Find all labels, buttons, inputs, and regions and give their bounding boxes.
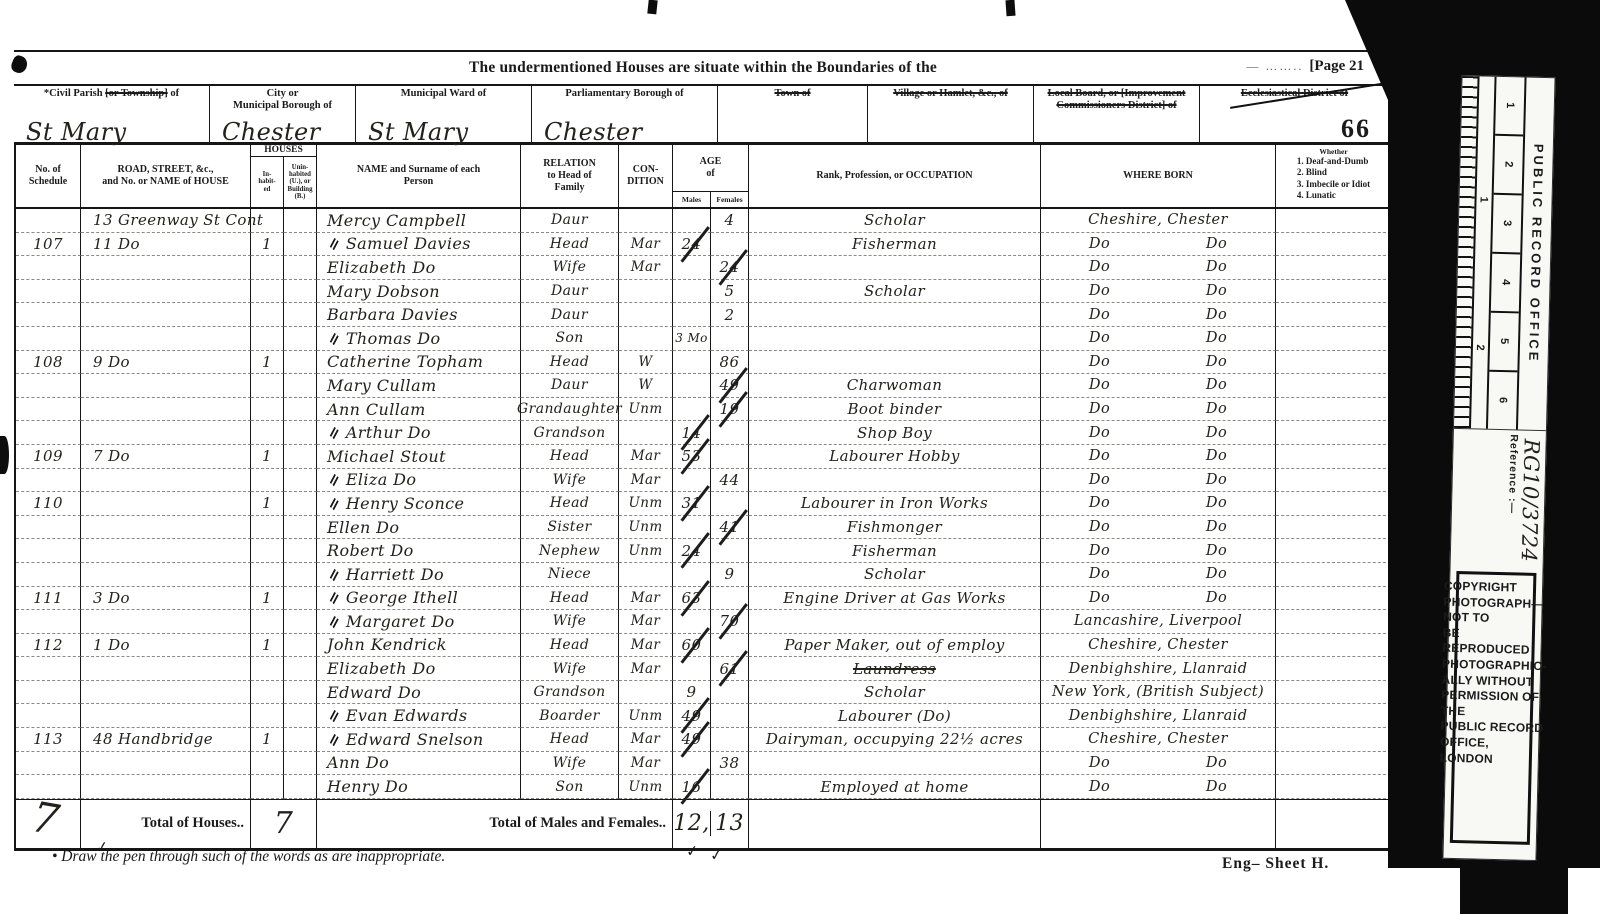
cell-condition: Mar — [619, 233, 673, 257]
cell-condition: Mar — [619, 469, 673, 493]
cell-schedule — [16, 303, 81, 327]
age-subheaders: Males Females — [673, 191, 748, 207]
cell-inhabited: 1 — [251, 445, 284, 469]
table-row: 11348 Handbridge1=Edward SnelsonHeadMar4… — [16, 728, 1390, 752]
person-name: Edward Do — [327, 683, 421, 702]
cell-relation: Nephew — [521, 539, 619, 563]
cell-schedule — [16, 704, 81, 728]
cell-disabilities — [1276, 752, 1391, 776]
cell-age-male: 53 — [673, 445, 711, 469]
where-born-ditto: DoDo — [1041, 259, 1275, 275]
cell-condition: Mar — [619, 657, 673, 681]
district-field-label: *Civil Parish [or Township] of — [17, 88, 206, 100]
district-field-value: St Mary — [368, 118, 468, 146]
cell-name: =Samuel Davies — [317, 233, 521, 257]
copyright-box: COPYRIGHT PHOTOGRAPH—NOT TO BE REPRODUCE… — [1450, 571, 1537, 845]
cell-disabilities — [1276, 539, 1391, 563]
cell-age-male: 3 Mo — [673, 327, 711, 351]
person-name: Eliza Do — [346, 470, 417, 489]
person-name: Michael Stout — [327, 447, 446, 466]
cell-road — [81, 256, 251, 280]
where-born-ditto: DoDo — [1041, 425, 1275, 441]
ditto-county: Do — [1089, 448, 1110, 464]
cell-name: John Kendrick — [317, 634, 521, 658]
person-name: Ann Cullam — [327, 400, 426, 419]
cell-occupation: Fisherman — [749, 539, 1041, 563]
cell-disabilities — [1276, 587, 1391, 611]
cell-occupation: Engine Driver at Gas Works — [749, 587, 1041, 611]
cell-where-born: DoDo — [1041, 752, 1276, 776]
reference-value: RG10/3724 — [1517, 438, 1544, 555]
cell-relation: Daur — [521, 303, 619, 327]
cell-relation: Grandaughter — [521, 398, 619, 422]
cell-uninhabited — [284, 327, 317, 351]
registration-mark — [1005, 0, 1015, 16]
cell-condition: Unm — [619, 539, 673, 563]
cell-age-female: 2 — [711, 303, 749, 327]
col-header-age: AGE of Males Females — [673, 145, 749, 207]
cell-disabilities — [1276, 351, 1391, 375]
cell-disabilities — [1276, 516, 1391, 540]
district-field-label-part: Town of — [774, 88, 810, 99]
cell-uninhabited — [284, 728, 317, 752]
cell-where-born: DoDo — [1041, 351, 1276, 375]
cell-age-male: 24 — [673, 233, 711, 257]
district-field-label: Municipal Ward of — [359, 88, 528, 100]
ditto-county: Do — [1089, 377, 1110, 393]
cell-inhabited — [251, 421, 284, 445]
cell-occupation: Scholar — [749, 280, 1041, 304]
cell-condition: Mar — [619, 752, 673, 776]
cell-uninhabited — [284, 374, 317, 398]
cell-condition — [619, 563, 673, 587]
cell-uninhabited — [284, 704, 317, 728]
cell-schedule — [16, 752, 81, 776]
cell-inhabited: 1 — [251, 233, 284, 257]
district-field-label: Parliamentary Borough of — [535, 88, 714, 100]
cell-name: =Edward Snelson — [317, 728, 521, 752]
table-row: =Margaret DoWifeMar70Lancashire, Liverpo… — [16, 610, 1390, 634]
cell-inhabited: 1 — [251, 492, 284, 516]
col-header-inhabited: In- habit- ed — [251, 157, 284, 207]
cell-road — [81, 469, 251, 493]
totals-empty-occupation — [749, 800, 1041, 848]
table-row: Elizabeth DoWifeMar24DoDo — [16, 256, 1390, 280]
ruler-inch-number: 2 — [1474, 344, 1486, 350]
cell-age-male — [673, 256, 711, 280]
cell-condition: Unm — [619, 775, 673, 799]
cell-relation: Grandson — [521, 681, 619, 705]
cell-disabilities — [1276, 775, 1391, 799]
cell-road — [81, 752, 251, 776]
ditto-town: Do — [1206, 590, 1227, 606]
cell-where-born: DoDo — [1041, 256, 1276, 280]
cell-occupation: Labourer (Do) — [749, 704, 1041, 728]
cell-age-male: 60 — [673, 634, 711, 658]
cell-disabilities — [1276, 421, 1391, 445]
person-name: Samuel Davies — [346, 234, 471, 253]
cell-name: Mary Dobson — [317, 280, 521, 304]
cell-age-female — [711, 704, 749, 728]
houses-title: HOUSES — [251, 145, 316, 157]
cell-schedule: 108 — [16, 351, 81, 375]
cell-age-male: 24 — [673, 539, 711, 563]
cell-inhabited — [251, 610, 284, 634]
cell-road — [81, 681, 251, 705]
cell-name: Ann Do — [317, 752, 521, 776]
cell-occupation: Charwoman — [749, 374, 1041, 398]
cell-uninhabited — [284, 516, 317, 540]
ditto-town: Do — [1206, 566, 1227, 582]
cell-schedule — [16, 327, 81, 351]
district-stamp: 66 — [1341, 114, 1371, 144]
cell-disabilities — [1276, 280, 1391, 304]
district-field: *Civil Parish [or Township] ofSt Mary — [14, 86, 210, 142]
pen-mark: = — [323, 562, 344, 587]
cell-schedule — [16, 209, 81, 233]
district-field: Parliamentary Borough ofChester — [532, 86, 718, 142]
ditto-town: Do — [1206, 448, 1227, 464]
cell-schedule — [16, 398, 81, 422]
cell-name: =Evan Edwards — [317, 704, 521, 728]
cell-name: Ann Cullam — [317, 398, 521, 422]
where-born-ditto: DoDo — [1041, 519, 1275, 535]
corner-scribble: 7 — [28, 792, 63, 845]
cell-occupation — [749, 752, 1041, 776]
cell-inhabited — [251, 657, 284, 681]
cell-uninhabited — [284, 657, 317, 681]
ditto-town: Do — [1206, 283, 1227, 299]
cell-disabilities — [1276, 445, 1391, 469]
cell-relation: Wife — [521, 752, 619, 776]
table-header: No. of Schedule ROAD, STREET, &c., and N… — [16, 145, 1390, 209]
cell-schedule — [16, 256, 81, 280]
check-mark: ✓ — [95, 837, 110, 858]
cell-relation: Daur — [521, 209, 619, 233]
district-field-value: Chester — [222, 118, 320, 146]
cell-schedule — [16, 280, 81, 304]
ditto-town: Do — [1206, 425, 1227, 441]
cell-age-male — [673, 374, 711, 398]
cell-condition — [619, 421, 673, 445]
cell-road — [81, 610, 251, 634]
ditto-county: Do — [1089, 472, 1110, 488]
cell-uninhabited — [284, 303, 317, 327]
table-row: 1089 Do1Catherine TophamHeadW86DoDo — [16, 351, 1390, 375]
cell-age-female: 9 — [711, 563, 749, 587]
cell-where-born: DoDo — [1041, 587, 1276, 611]
form-title-bar: The undermentioned Houses are situate wi… — [14, 50, 1392, 84]
cell-road — [81, 374, 251, 398]
district-field: Town of — [718, 86, 868, 142]
cell-name: Ellen Do — [317, 516, 521, 540]
table-row: 13 Greenway St ContMercy CampbellDaur4Sc… — [16, 209, 1390, 233]
cell-road: 11 Do — [81, 233, 251, 257]
person-name: Harriett Do — [346, 565, 444, 584]
cell-condition: Mar — [619, 610, 673, 634]
cell-uninhabited — [284, 610, 317, 634]
person-name: Mercy Campbell — [327, 211, 466, 230]
cell-age-male — [673, 303, 711, 327]
registration-mark — [647, 0, 657, 14]
cell-where-born: DoDo — [1041, 516, 1276, 540]
cell-age-male: 31 — [673, 492, 711, 516]
where-born-ditto: DoDo — [1041, 448, 1275, 464]
total-mf-label: Total of Males and Females.. — [317, 800, 673, 848]
ditto-county: Do — [1089, 236, 1110, 252]
cell-condition: W — [619, 351, 673, 375]
cell-inhabited — [251, 775, 284, 799]
table-row: Robert DoNephewUnm24FishermanDoDo — [16, 539, 1390, 563]
cell-road — [81, 539, 251, 563]
cell-occupation: Laundress — [749, 657, 1041, 681]
ruler-cm-segment: 3 — [1492, 195, 1521, 255]
cell-age-female — [711, 681, 749, 705]
ruler-cm-segment: 5 — [1489, 313, 1518, 373]
ditto-town: Do — [1206, 472, 1227, 488]
district-field-label: City or Municipal Borough of — [213, 88, 352, 112]
ditto-town: Do — [1206, 307, 1227, 323]
cell-inhabited: 1 — [251, 587, 284, 611]
cell-age-female — [711, 728, 749, 752]
cell-name: =Thomas Do — [317, 327, 521, 351]
ink-blot — [0, 436, 9, 474]
disabilities-list: 1. Deaf-and-Dumb 2. Blind 3. Imbecile or… — [1297, 156, 1370, 201]
cell-disabilities — [1276, 233, 1391, 257]
cell-condition — [619, 209, 673, 233]
table-row: 1101=Henry SconceHeadUnm31Labourer in Ir… — [16, 492, 1390, 516]
cell-where-born: DoDo — [1041, 280, 1276, 304]
where-born-ditto: DoDo — [1041, 566, 1275, 582]
pen-mark: = — [323, 491, 344, 516]
district-field: Ecclesiastical District of66 — [1200, 86, 1389, 142]
cell-condition: Mar — [619, 445, 673, 469]
cell-age-male: 63 — [673, 587, 711, 611]
cell-where-born: DoDo — [1041, 469, 1276, 493]
cell-road — [81, 704, 251, 728]
ditto-town: Do — [1206, 259, 1227, 275]
houses-subheaders: In- habit- ed Unin- habited (U.), or Bui… — [251, 157, 316, 207]
ditto-county: Do — [1089, 495, 1110, 511]
cell-uninhabited — [284, 634, 317, 658]
cell-relation: Daur — [521, 374, 619, 398]
cell-relation: Daur — [521, 280, 619, 304]
census-table: No. of Schedule ROAD, STREET, &c., and N… — [14, 145, 1392, 851]
district-field-label-part: Municipal Ward of — [401, 88, 487, 99]
district-field-label-part: Village or Hamlet, &c., of — [893, 88, 1008, 99]
cell-road — [81, 327, 251, 351]
ditto-town: Do — [1206, 495, 1227, 511]
cell-occupation: Fishmonger — [749, 516, 1041, 540]
ditto-town: Do — [1206, 401, 1227, 417]
cell-relation: Head — [521, 233, 619, 257]
cell-road: 1 Do — [81, 634, 251, 658]
cell-occupation: Shop Boy — [749, 421, 1041, 445]
cell-road — [81, 303, 251, 327]
col-header-road: ROAD, STREET, &c., and No. or NAME of HO… — [81, 145, 251, 207]
where-born-ditto: DoDo — [1041, 354, 1275, 370]
ruler-cm-number: 1 — [1504, 102, 1516, 108]
district-field-label-part: [or Township] — [105, 88, 168, 99]
cell-road — [81, 280, 251, 304]
cell-occupation: Boot binder — [749, 398, 1041, 422]
district-field-label-part: of — [168, 88, 179, 99]
cell-road — [81, 775, 251, 799]
cell-schedule — [16, 374, 81, 398]
check-mark: ✓ — [685, 841, 700, 862]
table-row: =Evan EdwardsBoarderUnm49Labourer (Do)De… — [16, 704, 1390, 728]
ditto-county: Do — [1089, 259, 1110, 275]
ditto-county: Do — [1089, 330, 1110, 346]
cell-condition — [619, 327, 673, 351]
district-field: City or Municipal Borough ofChester — [210, 86, 356, 142]
person-name: Edward Snelson — [346, 730, 484, 749]
ditto-county: Do — [1089, 566, 1110, 582]
cell-schedule: 110 — [16, 492, 81, 516]
cell-age-female: 19 — [711, 398, 749, 422]
whether-label: Whether — [1319, 147, 1347, 156]
ruler-inch-number: 1 — [1477, 196, 1489, 202]
cell-where-born: Denbighshire, Llanraid — [1041, 657, 1276, 681]
where-born-ditto: DoDo — [1041, 495, 1275, 511]
where-born-ditto: DoDo — [1041, 755, 1275, 771]
ditto-county: Do — [1089, 283, 1110, 299]
cell-age-female: 44 — [711, 469, 749, 493]
person-name: Evan Edwards — [346, 706, 468, 725]
ruler-cm-segment: 1 — [1495, 77, 1524, 137]
cell-occupation: Paper Maker, out of employ — [749, 634, 1041, 658]
table-row: 1113 Do1=George IthellHeadMar63Engine Dr… — [16, 587, 1390, 611]
cell-relation: Wife — [521, 256, 619, 280]
cell-name: Edward Do — [317, 681, 521, 705]
cell-relation: Wife — [521, 657, 619, 681]
col-header-where-born: WHERE BORN — [1041, 145, 1276, 207]
cell-condition: Mar — [619, 256, 673, 280]
cell-age-female — [711, 327, 749, 351]
ditto-county: Do — [1089, 307, 1110, 323]
table-row: Mary DobsonDaur5ScholarDoDo — [16, 280, 1390, 304]
ruler-cm-number: 5 — [1498, 338, 1510, 344]
cell-where-born: DoDo — [1041, 303, 1276, 327]
district-field: Municipal Ward ofSt Mary — [356, 86, 532, 142]
cell-relation: Wife — [521, 610, 619, 634]
person-name: Elizabeth Do — [327, 258, 436, 277]
table-row: 1097 Do1Michael StoutHeadMar53Labourer H… — [16, 445, 1390, 469]
page-number-label: [Page 21 — [1309, 58, 1364, 74]
cell-inhabited — [251, 256, 284, 280]
cell-inhabited — [251, 469, 284, 493]
cell-uninhabited — [284, 492, 317, 516]
cell-occupation: Employed at home — [749, 775, 1041, 799]
cell-name: Michael Stout — [317, 445, 521, 469]
district-field-label-part: Parliamentary Borough of — [565, 88, 683, 99]
table-body: 13 Greenway St ContMercy CampbellDaur4Sc… — [16, 209, 1390, 799]
district-field-label: Local Board, or [Improvement Commissione… — [1037, 88, 1196, 112]
cell-inhabited — [251, 374, 284, 398]
cell-relation: Son — [521, 775, 619, 799]
cell-schedule: 111 — [16, 587, 81, 611]
cell-occupation: Scholar — [749, 209, 1041, 233]
totals-row: 7 Total of Houses.. 7 Total of Males and… — [16, 799, 1390, 851]
cell-age-female: 70 — [711, 610, 749, 634]
footnote: • Draw the pen through such of the words… — [52, 848, 445, 866]
cell-name: Mercy Campbell — [317, 209, 521, 233]
cell-where-born: DoDo — [1041, 421, 1276, 445]
cell-condition: Unm — [619, 492, 673, 516]
office-name-text: PUBLIC RECORD OFFICE — [1526, 144, 1546, 364]
ditto-town: Do — [1206, 519, 1227, 535]
cell-name: Elizabeth Do — [317, 256, 521, 280]
pen-mark: = — [323, 420, 344, 445]
table-row: =Arthur DoGrandson14Shop BoyDoDo — [16, 421, 1390, 445]
cell-road: 48 Handbridge — [81, 728, 251, 752]
cell-where-born: Cheshire, Chester — [1041, 634, 1276, 658]
table-row: Barbara DaviesDaur2DoDo — [16, 303, 1390, 327]
cell-where-born: DoDo — [1041, 398, 1276, 422]
cell-age-female: 5 — [711, 280, 749, 304]
cell-schedule: 109 — [16, 445, 81, 469]
cell-road — [81, 492, 251, 516]
total-houses-value: 7 — [251, 800, 317, 848]
cell-road: 3 Do — [81, 587, 251, 611]
cell-inhabited — [251, 539, 284, 563]
census-form: The undermentioned Houses are situate wi… — [14, 50, 1392, 851]
cell-road: 7 Do — [81, 445, 251, 469]
ditto-town: Do — [1206, 236, 1227, 252]
cell-age-female — [711, 445, 749, 469]
total-mf-values: 12, 13 — [673, 800, 749, 848]
cell-disabilities — [1276, 256, 1391, 280]
district-field: Village or Hamlet, &c., of — [868, 86, 1034, 142]
cell-disabilities — [1276, 728, 1391, 752]
cell-age-female — [711, 421, 749, 445]
cell-condition — [619, 303, 673, 327]
cell-where-born: DoDo — [1041, 775, 1276, 799]
col-header-relation: RELATION to Head of Family — [521, 145, 619, 207]
cell-condition — [619, 280, 673, 304]
cell-where-born: New York, (British Subject) — [1041, 681, 1276, 705]
cell-relation: Boarder — [521, 704, 619, 728]
ditto-town: Do — [1206, 755, 1227, 771]
col-header-name: NAME and Surname of each Person — [317, 145, 521, 207]
cell-condition: Unm — [619, 704, 673, 728]
cell-relation: Head — [521, 728, 619, 752]
form-title: The undermentioned Houses are situate wi… — [14, 59, 1392, 77]
cell-uninhabited — [284, 445, 317, 469]
district-field: Local Board, or [Improvement Commissione… — [1034, 86, 1200, 142]
census-scan-page: The undermentioned Houses are situate wi… — [0, 0, 1600, 914]
district-fields: *Civil Parish [or Township] ofSt MaryCit… — [14, 84, 1392, 145]
where-born-ditto: DoDo — [1041, 307, 1275, 323]
cell-age-male: 16 — [673, 775, 711, 799]
cell-relation: Wife — [521, 469, 619, 493]
cell-schedule: 107 — [16, 233, 81, 257]
where-born-ditto: DoDo — [1041, 330, 1275, 346]
cell-inhabited — [251, 563, 284, 587]
table-row: 1121 Do1John KendrickHeadMar60Paper Make… — [16, 634, 1390, 658]
cell-disabilities — [1276, 374, 1391, 398]
table-row: Mary CullamDaurW49CharwomanDoDo — [16, 374, 1390, 398]
cell-schedule — [16, 539, 81, 563]
cell-age-female: 41 — [711, 516, 749, 540]
cell-disabilities — [1276, 563, 1391, 587]
col-header-condition: CON- DITION — [619, 145, 673, 207]
cell-uninhabited — [284, 421, 317, 445]
cell-occupation: Labourer in Iron Works — [749, 492, 1041, 516]
cell-relation: Head — [521, 587, 619, 611]
pen-mark: = — [323, 467, 344, 492]
cell-occupation — [749, 256, 1041, 280]
